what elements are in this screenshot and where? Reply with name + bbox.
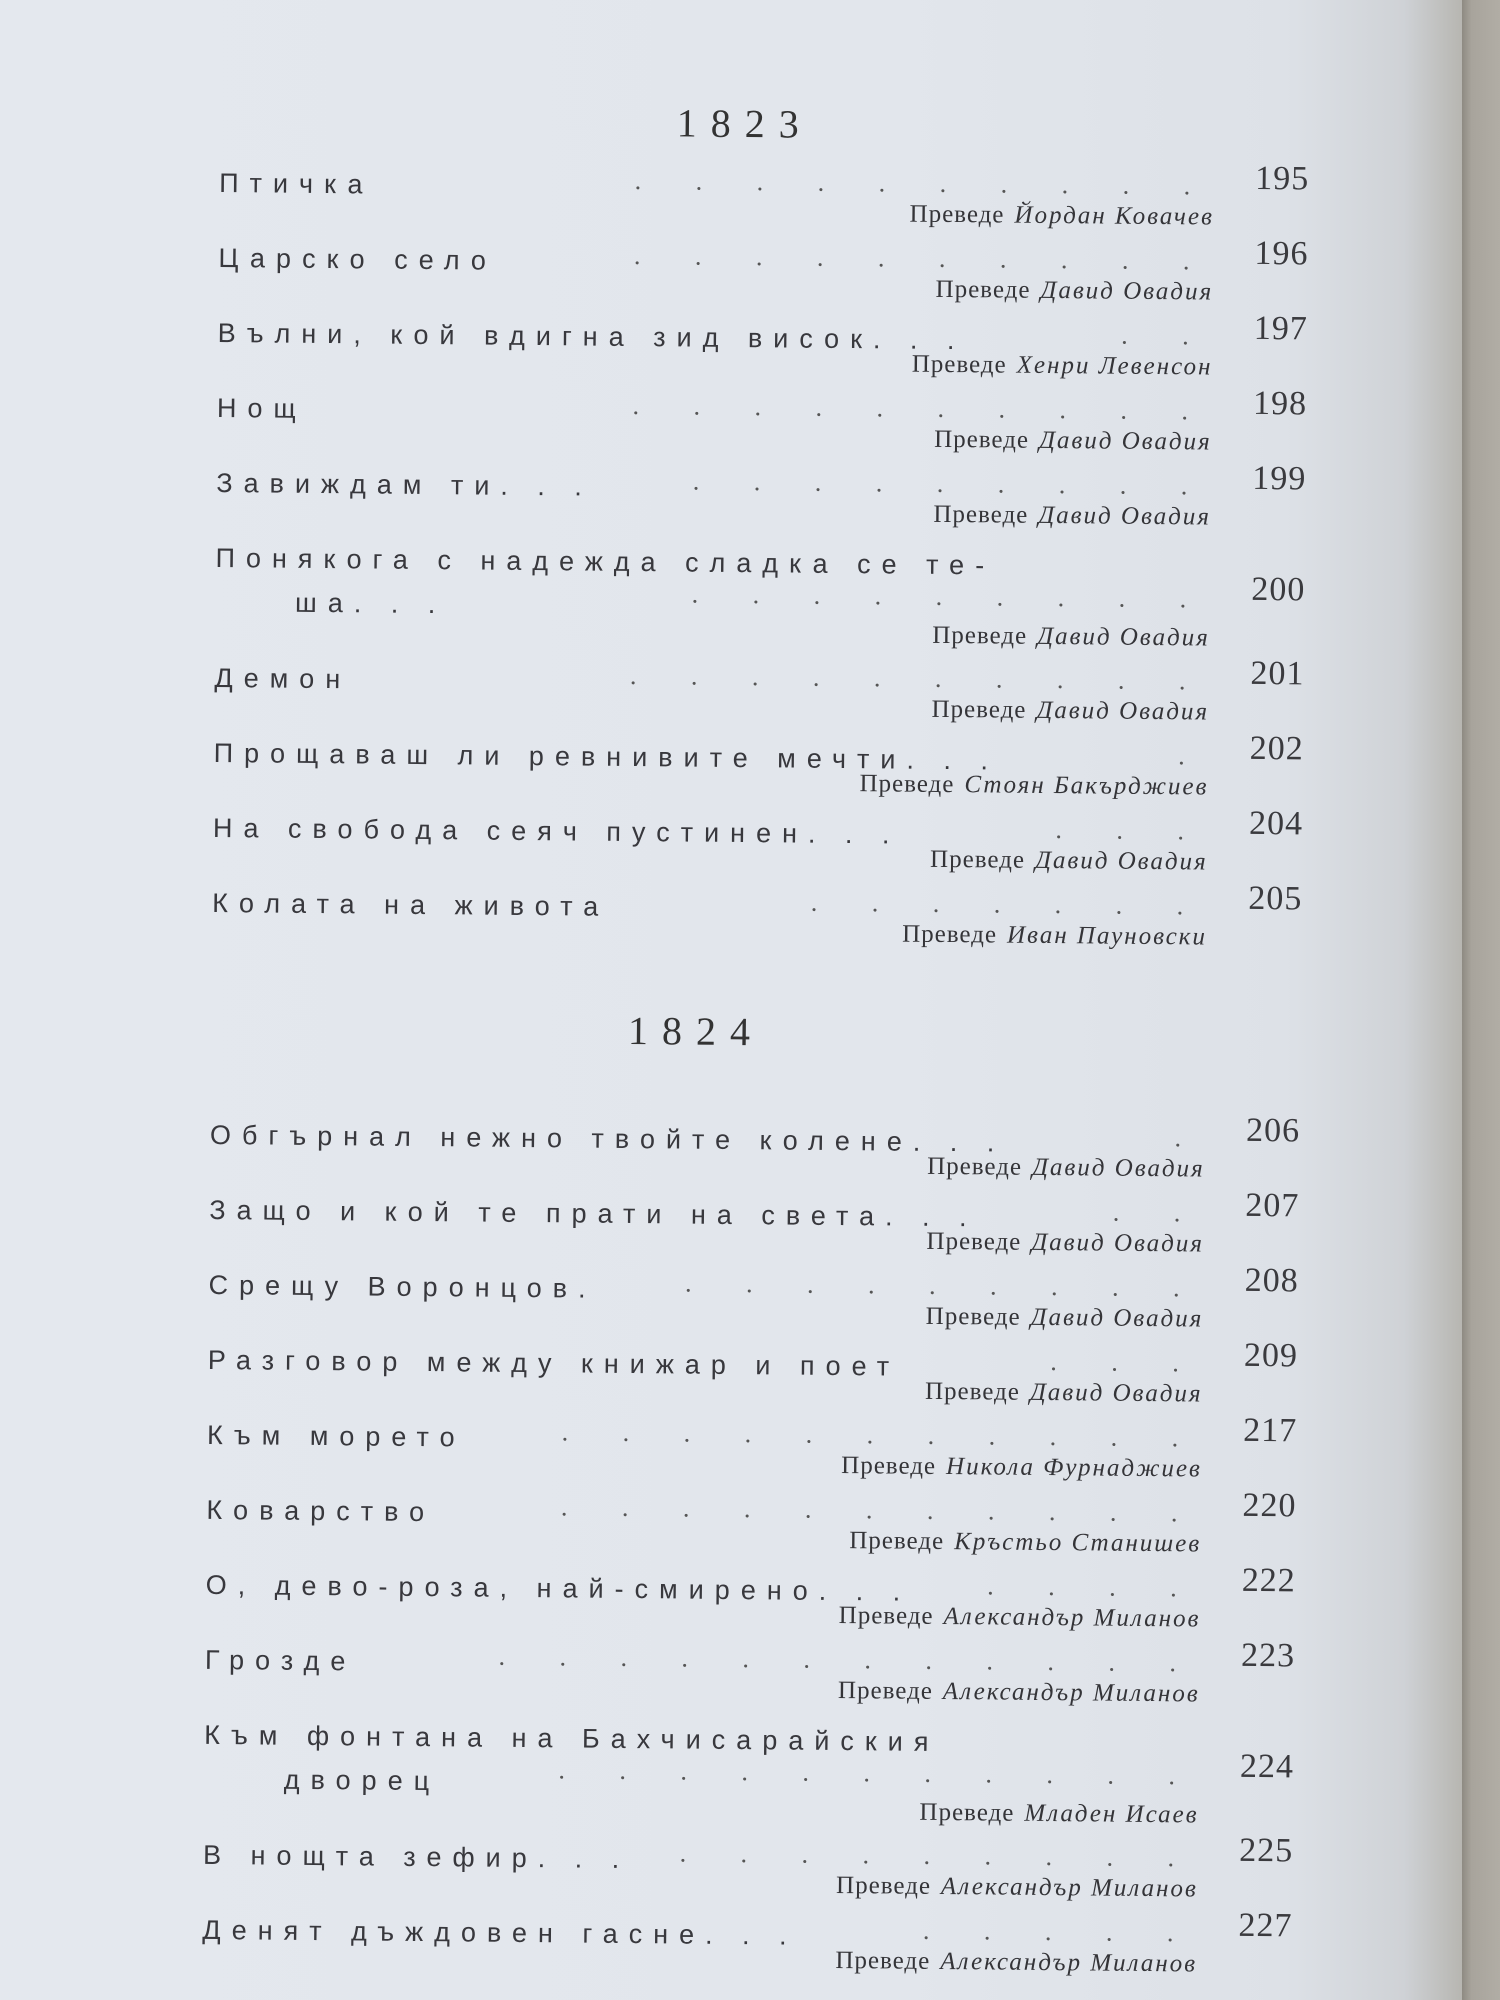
- toc-entry: Колата на живота . . . . . . . 205 Преве…: [212, 870, 1303, 955]
- translator-name: Давид Овадия: [1031, 1229, 1204, 1258]
- toc-entry: Демон . . . . . . . . . . 201 ПреведеДав…: [214, 645, 1305, 730]
- leader-dots: .: [1174, 1123, 1205, 1153]
- toc-entry: Вълни, кой вдигна зид висок. . . . . 197…: [217, 300, 1308, 385]
- translator-credit: ПреведеАлександър Миланов: [839, 1602, 1201, 1633]
- leader-dots: . . . . . . . . . . . .: [498, 1642, 1200, 1679]
- poem-title: Птичка: [219, 168, 374, 200]
- page-number: 201: [1250, 655, 1304, 694]
- leader-dots: .: [1178, 741, 1209, 771]
- translator-name: Александър Миланов: [941, 1873, 1198, 1902]
- poem-title: Срещу Воронцов.: [208, 1270, 596, 1305]
- translator-name: Давид Овадия: [1035, 847, 1208, 876]
- poem-title: Понякога с надежда сладка се те-: [215, 543, 995, 581]
- page-number: 209: [1244, 1337, 1298, 1376]
- translator-label: Преведе: [931, 696, 1026, 724]
- poem-title: Обгърнал нежно твойте колене. . .: [210, 1120, 1006, 1159]
- page-number: 204: [1249, 805, 1303, 844]
- poem-title: Вълни, кой вдигна зид висок. . .: [218, 318, 966, 356]
- page-number: 224: [1240, 1748, 1294, 1787]
- page-number: 205: [1248, 880, 1302, 919]
- translator-name: Давид Овадия: [1032, 1154, 1205, 1183]
- leader-dots: . . . . . . . . . .: [632, 391, 1212, 427]
- translator-credit: ПреведеДавид Овадия: [931, 696, 1209, 727]
- translator-credit: ПреведеАлександър Миланов: [835, 1947, 1197, 1978]
- leader-dots: . . .: [1050, 1347, 1203, 1378]
- toc-entry: Защо и кой те прати на света. . . . . 20…: [209, 1177, 1300, 1262]
- page-number: 208: [1244, 1262, 1298, 1301]
- page-number: 217: [1243, 1412, 1297, 1451]
- translator-label: Преведе: [927, 1153, 1022, 1181]
- poem-title: Защо и кой те прати на света. . .: [209, 1195, 978, 1233]
- translator-credit: ПреведеДавид Овадия: [927, 1153, 1205, 1184]
- page-number: 195: [1255, 160, 1309, 199]
- translator-credit: ПреведеМладен Исаев: [919, 1799, 1198, 1830]
- translator-name: Давид Овадия: [1036, 697, 1209, 726]
- poem-title: Нощ: [217, 393, 307, 425]
- book-spine-gutter: [1462, 0, 1500, 2000]
- page-number: 197: [1254, 310, 1308, 349]
- poem-title: Колата на живота: [212, 888, 609, 923]
- leader-dots: . . . . . . . . .: [693, 467, 1212, 502]
- translator-credit: ПреведеДавид Овадия: [926, 1228, 1204, 1259]
- translator-label: Преведе: [930, 846, 1025, 874]
- translator-credit: ПреведеАлександър Миланов: [836, 1872, 1198, 1903]
- translator-name: Александър Миланов: [943, 1603, 1200, 1632]
- page-number: 200: [1251, 571, 1305, 610]
- poem-title: Демон: [214, 663, 351, 695]
- leader-dots: . .: [1121, 321, 1213, 352]
- section-1824: Обгърнал нежно твойте колене. . . . 206 …: [202, 1102, 1300, 1982]
- translator-name: Хенри Левенсон: [1017, 352, 1213, 381]
- page-number: 199: [1252, 460, 1306, 499]
- translator-credit: ПреведеДавид Овадия: [930, 846, 1208, 877]
- translator-credit: ПреведеДавид Овадия: [926, 1303, 1204, 1334]
- leader-dots: . . . . . . . . .: [679, 1838, 1198, 1873]
- translator-label: Преведе: [849, 1527, 944, 1555]
- translator-name: Александър Миланов: [940, 1948, 1197, 1977]
- translator-credit: ПреведеДавид Овадия: [925, 1378, 1203, 1409]
- translator-credit: ПреведеНикола Фурнаджиев: [841, 1452, 1202, 1483]
- translator-label: Преведе: [926, 1228, 1021, 1256]
- page-number: 202: [1250, 730, 1304, 769]
- translator-name: Никола Фурнаджиев: [946, 1453, 1202, 1482]
- leader-dots: . . . . . . . . . .: [634, 241, 1214, 277]
- toc-entry: Нощ . . . . . . . . . . 198 ПреведеДавид…: [217, 375, 1308, 460]
- poem-title-continuation: ша. . .: [295, 588, 446, 620]
- toc-entry: Царско село . . . . . . . . . . 196 Прев…: [218, 225, 1309, 310]
- translator-label: Преведе: [902, 921, 997, 949]
- translator-credit: ПреведеИван Пауновски: [902, 921, 1207, 952]
- leader-dots: . . . .: [987, 1571, 1201, 1603]
- leader-dots: . . . . .: [923, 1916, 1198, 1949]
- poem-title: О, дево-роза, най-смирено. . .: [206, 1570, 912, 1608]
- translator-label: Преведе: [926, 1303, 1021, 1331]
- leader-dots: . . . . . . . . .: [692, 580, 1211, 615]
- toc-entry: На свобода сеяч пустинен. . . . . . 204 …: [213, 795, 1304, 880]
- section-year-heading: 1823: [180, 95, 1310, 153]
- toc-entry: Обгърнал нежно твойте колене. . . . 206 …: [210, 1102, 1301, 1187]
- toc-entry: Понякога с надежда сладка се те- ша. . .…: [215, 525, 1306, 655]
- leader-dots: . . . . . . . . .: [685, 1269, 1204, 1304]
- leader-dots: . . . . . . . . . .: [630, 661, 1210, 697]
- translator-label: Преведе: [909, 201, 1004, 229]
- translator-label: Преведе: [919, 1799, 1014, 1827]
- translator-label: Преведе: [835, 1947, 930, 1975]
- page-number: 225: [1239, 1832, 1293, 1871]
- page-number: 222: [1242, 1562, 1296, 1601]
- poem-title-continuation: дворец: [284, 1765, 441, 1797]
- page-number: 206: [1246, 1112, 1300, 1151]
- translator-label: Преведе: [859, 770, 954, 798]
- toc-entry: Към морето . . . . . . . . . . . 217 Пре…: [207, 1402, 1298, 1487]
- poem-title: Разговор между книжар и поет: [208, 1345, 901, 1383]
- toc-entry: Коварство . . . . . . . . . . . 220 Прев…: [206, 1477, 1297, 1562]
- translator-label: Преведе: [841, 1452, 936, 1480]
- translator-name: Давид Овадия: [1037, 623, 1210, 652]
- leader-dots: . . . . . . . . . . .: [561, 1492, 1202, 1528]
- translator-name: Давид Овадия: [1040, 277, 1213, 306]
- translator-label: Преведе: [933, 501, 1028, 529]
- toc-entry: Срещу Воронцов. . . . . . . . . . 208 Пр…: [208, 1252, 1299, 1337]
- section-1823: Птичка . . . . . . . . . . 195 ПреведеЙо…: [212, 150, 1310, 955]
- translator-name: Давид Овадия: [1031, 1304, 1204, 1333]
- translator-credit: ПреведеСтоян Бакърджиев: [859, 770, 1208, 801]
- page-number: 198: [1253, 385, 1307, 424]
- translator-name: Младен Исаев: [1024, 1800, 1198, 1829]
- toc-entry: О, дево-роза, най-смирено. . . . . . . 2…: [205, 1552, 1296, 1637]
- translator-label: Преведе: [912, 351, 1007, 379]
- leader-dots: . . . . . . .: [811, 888, 1208, 922]
- toc-entry: В нощта зефир. . . . . . . . . . . . 225…: [203, 1822, 1294, 1907]
- toc-entry: Птичка . . . . . . . . . . 195 ПреведеЙо…: [219, 150, 1310, 235]
- translator-label: Преведе: [838, 1677, 933, 1705]
- translator-name: Кръстьо Станишев: [954, 1528, 1201, 1557]
- translator-name: Давид Овадия: [1038, 502, 1211, 531]
- translator-credit: ПреведеХенри Левенсон: [912, 351, 1213, 382]
- toc-entry: Към фонтана на Бахчисарайския дворец . .…: [203, 1702, 1294, 1832]
- toc-entry: Разговор между книжар и поет . . . 209 П…: [207, 1327, 1298, 1412]
- toc-entry: Завиждам ти. . . . . . . . . . . . 199 П…: [216, 450, 1307, 535]
- poem-title: Царско село: [218, 243, 497, 277]
- translator-credit: ПреведеЙордан Ковачев: [909, 201, 1214, 232]
- poem-title: Завиждам ти. . .: [216, 468, 593, 503]
- page-number: 223: [1241, 1637, 1295, 1676]
- translator-credit: ПреведеДавид Овадия: [934, 426, 1212, 457]
- translator-name: Йордан Ковачев: [1014, 202, 1214, 231]
- translator-name: Александър Миланов: [943, 1678, 1200, 1707]
- page-number: 220: [1242, 1487, 1296, 1526]
- poem-title: В нощта зефир. . .: [203, 1840, 630, 1875]
- translator-credit: ПреведеДавид Овадия: [933, 501, 1211, 532]
- leader-dots: . . . . . . . . . . .: [562, 1417, 1203, 1453]
- book-page: 1823 Птичка . . . . . . . . . . 195 Прев…: [0, 0, 1462, 2000]
- translator-credit: ПреведеДавид Овадия: [932, 622, 1210, 653]
- leader-dots: . . . . . . . . . . .: [558, 1755, 1199, 1791]
- page-number: 196: [1254, 235, 1308, 274]
- toc-entry: Прощаваш ли ревнивите мечти. . . . 202 П…: [213, 720, 1304, 805]
- translator-name: Давид Овадия: [1030, 1379, 1203, 1408]
- page-number: 207: [1245, 1187, 1299, 1226]
- translator-label: Преведе: [836, 1872, 931, 1900]
- poem-title: На свобода сеяч пустинен. . .: [213, 813, 901, 851]
- poem-title: Към морето: [207, 1420, 466, 1453]
- translator-name: Давид Овадия: [1039, 427, 1212, 456]
- toc-entry: Денят дъждовен гасне. . . . . . . . 227 …: [202, 1897, 1293, 1982]
- translator-credit: ПреведеАлександър Миланов: [838, 1677, 1200, 1708]
- leader-dots: . . . . . . . . . .: [635, 166, 1215, 202]
- poem-title: Към фонтана на Бахчисарайския: [204, 1720, 939, 1758]
- translator-label: Преведе: [839, 1602, 934, 1630]
- translator-label: Преведе: [934, 426, 1029, 454]
- leader-dots: . .: [1113, 1198, 1205, 1229]
- poem-title: Денят дъждовен гасне. . .: [202, 1915, 798, 1952]
- poem-title: Грозде: [205, 1645, 357, 1677]
- translator-name: Стоян Бакърджиев: [964, 771, 1208, 800]
- poem-title: Коварство: [206, 1495, 435, 1528]
- table-of-contents: 1823 Птичка . . . . . . . . . . 195 Прев…: [202, 95, 1310, 1982]
- toc-entry: Грозде . . . . . . . . . . . . 223 Преве…: [205, 1627, 1296, 1712]
- translator-name: Иван Пауновски: [1007, 922, 1207, 951]
- translator-label: Преведе: [935, 276, 1030, 304]
- section-year-heading: 1824: [91, 1002, 1301, 1061]
- translator-label: Преведе: [925, 1378, 1020, 1406]
- page-number: 227: [1238, 1907, 1292, 1946]
- translator-credit: ПреведеДавид Овадия: [935, 276, 1213, 307]
- translator-label: Преведе: [932, 622, 1027, 650]
- leader-dots: . . .: [1055, 815, 1208, 846]
- translator-credit: ПреведеКръстьо Станишев: [849, 1527, 1201, 1558]
